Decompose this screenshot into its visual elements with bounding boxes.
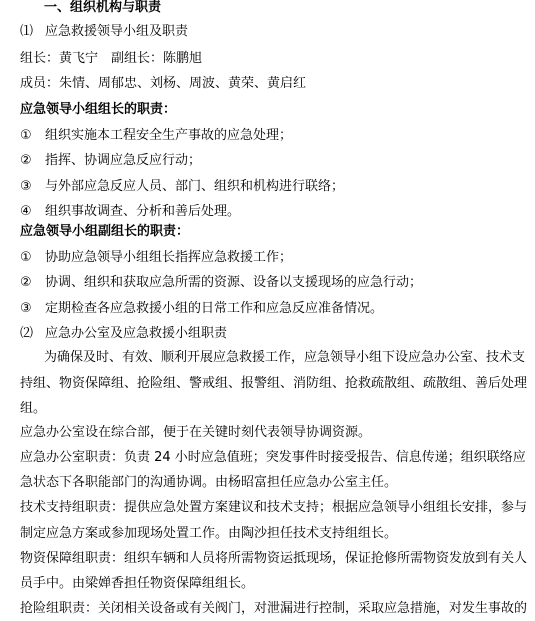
- item-text: 组织实施本工程安全生产事故的应急处理；: [45, 128, 292, 143]
- list-item: ①组织实施本工程安全生产事故的应急处理；: [20, 128, 292, 144]
- item-number: ④: [20, 204, 45, 220]
- office-location: 应急办公室设在综合部，便于在关键时刻代表领导协调资源。: [20, 425, 371, 441]
- rescue-duties-line: 抢险组职责：关闭相关设备或有关阀门，对泄漏进行控制，采取应急措施，对发生事故的: [20, 601, 516, 617]
- office-duties-line: 应急办公室职责：负责 24 小时应急值班；突发事件时接受报告、信息传递；组织联络…: [20, 450, 516, 466]
- subsection-number: ⑴: [20, 24, 45, 40]
- document-page: 一、组织机构与职责 ⑴应急救援领导小组及职责 组长：黄飞宁 副组长：陈鹏旭 成员…: [0, 0, 535, 621]
- leader-line: 组长：黄飞宁 副组长：陈鹏旭: [20, 51, 202, 67]
- subsection-text: 应急救援领导小组及职责: [45, 24, 188, 39]
- item-number: ①: [20, 250, 45, 266]
- list-item: ②协调、组织和获取应急所需的资源、设备以支援现场的应急行动；: [20, 275, 422, 291]
- item-text: 组织事故调查、分析和善后处理。: [45, 204, 240, 219]
- tech-duties-line: 制定应急方案或参加现场处置工作。由陶沙担任技术支持组组长。: [20, 526, 397, 542]
- office-duties-line: 急状态下各职能部门的沟通协调。由杨昭富担任应急办公室主任。: [20, 475, 397, 491]
- item-number: ①: [20, 128, 45, 144]
- item-number: ③: [20, 301, 45, 317]
- subsection-2: ⑵应急办公室及应急救援小组职责: [20, 326, 227, 342]
- item-text: 协助应急领导小组组长指挥应急救援工作；: [45, 250, 292, 265]
- supply-duties-line: 员手中。由梁婵香担任物资保障组组长。: [20, 576, 254, 592]
- item-text: 协调、组织和获取应急所需的资源、设备以支援现场的应急行动；: [45, 275, 422, 290]
- tech-duties-line: 技术支持组职责：提供应急处置方案建议和技术支持；根据应急领导小组组长安排，参与: [20, 500, 516, 516]
- paragraph-line: 为确保及时、有效、顺利开展应急救援工作，应急领导小组下设应急办公室、技术支: [44, 350, 516, 366]
- subsection-text: 应急办公室及应急救援小组职责: [45, 326, 227, 341]
- item-text: 指挥、协调应急反应行动；: [45, 153, 201, 168]
- subsection-1: ⑴应急救援领导小组及职责: [20, 24, 188, 40]
- list-item: ③与外部应急反应人员、部门、组织和机构进行联络；: [20, 179, 344, 195]
- subsection-number: ⑵: [20, 326, 45, 342]
- item-number: ③: [20, 179, 45, 195]
- paragraph-line: 持组、物资保障组、抢险组、警戒组、报警组、消防组、抢救疏散组、疏散组、善后处理: [20, 376, 516, 392]
- supply-duties-line: 物资保障组职责：组织车辆和人员将所需物资运抵现场，保证抢修所需物资发放到有关人: [20, 551, 516, 567]
- list-item: ①协助应急领导小组组长指挥应急救援工作；: [20, 250, 292, 266]
- list-item: ④组织事故调查、分析和善后处理。: [20, 204, 240, 220]
- item-text: 定期检查各应急救援小组的日常工作和应急反应准备情况。: [45, 301, 383, 316]
- section-title: 一、组织机构与职责: [44, 0, 161, 16]
- item-text: 与外部应急反应人员、部门、组织和机构进行联络；: [45, 179, 344, 194]
- item-number: ②: [20, 275, 45, 291]
- list-item: ②指挥、协调应急反应行动；: [20, 153, 201, 169]
- item-number: ②: [20, 153, 45, 169]
- list-item: ③定期检查各应急救援小组的日常工作和应急反应准备情况。: [20, 301, 383, 317]
- members-line: 成员：朱情、周郁忠、刘杨、周波、黄荣、黄启红: [20, 76, 306, 92]
- leader-duties-title: 应急领导小组组长的职责：: [20, 102, 176, 118]
- deputy-duties-title: 应急领导小组副组长的职责：: [20, 224, 189, 240]
- paragraph-line: 组。: [20, 401, 46, 417]
